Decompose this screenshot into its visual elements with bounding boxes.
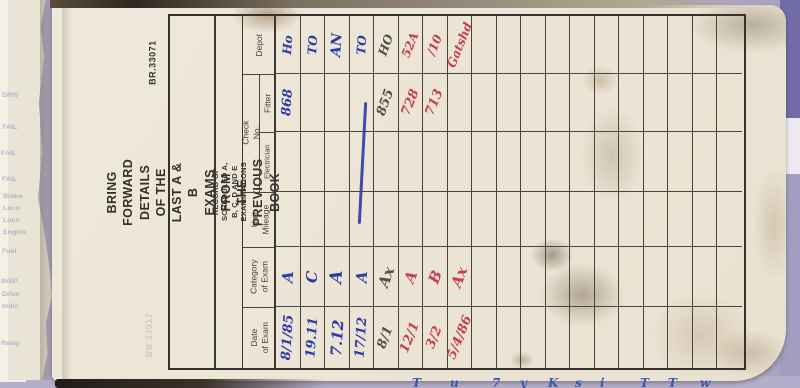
table-cell-category xyxy=(497,247,522,307)
table-cell-mileage xyxy=(448,192,473,247)
table-cell-mileage xyxy=(276,192,301,247)
underlying-page-handwriting: 7 xyxy=(492,376,500,388)
table-cell-depot xyxy=(472,16,497,74)
data-grid: Ho868A8/1/85TOC19.11ANA7.12TOA17/12HO855… xyxy=(276,16,742,368)
handwritten-category: Ax xyxy=(374,264,398,290)
table-cell-mileage xyxy=(350,192,375,247)
table-cell-depot: HO xyxy=(374,16,399,74)
table-cell-date: 8/1/85 xyxy=(276,307,301,368)
handwritten-category: C xyxy=(303,270,322,283)
handwritten-category: A xyxy=(400,268,421,286)
table-cell-electrician xyxy=(423,132,448,192)
table-cell-fitter xyxy=(301,74,326,132)
table-cell-depot xyxy=(644,16,669,74)
handwritten-depot: 52A xyxy=(399,30,422,59)
table-cell-mileage xyxy=(423,192,448,247)
table-cell-depot: AN xyxy=(325,16,350,74)
table-cell-date: 5/4/86 xyxy=(448,307,473,368)
header-electrician: Electrician xyxy=(263,145,272,180)
title-band: BRING FORWARD DETAILS OF THE LAST A & B … xyxy=(170,16,216,368)
table-cell-category: A xyxy=(399,247,424,307)
bottom-edge-shadow xyxy=(55,379,325,388)
table-cell-date: 17/12 xyxy=(350,307,375,368)
table-cell-category: B xyxy=(423,247,448,307)
table-cell-electrician xyxy=(619,132,644,192)
table-cell-electrician xyxy=(448,132,473,192)
table-cell-electrician xyxy=(595,132,620,192)
handwritten-fitter: 868 xyxy=(279,88,296,116)
table-cell-depot: TO xyxy=(301,16,326,74)
header-category: Category of Exam xyxy=(249,260,270,295)
bleed-through-text: FAIL xyxy=(1,150,16,156)
handwritten-category: B xyxy=(424,267,445,286)
handwritten-category: A xyxy=(278,270,297,283)
table-cell-date: 12/1 xyxy=(399,307,424,368)
table-cell-electrician xyxy=(521,132,546,192)
bleed-through-text: Loco xyxy=(3,217,20,223)
bleed-through-text: FAIL xyxy=(2,124,17,130)
table-cell-date xyxy=(570,307,595,368)
underlying-page-handwriting: u xyxy=(450,376,459,388)
table-cell-electrician xyxy=(693,132,718,192)
header-fitter: Fitter xyxy=(262,93,273,112)
handwritten-date: 8/1 xyxy=(375,324,397,351)
table-cell-mileage xyxy=(570,192,595,247)
table-cell-fitter xyxy=(497,74,522,132)
table-cell-fitter xyxy=(693,74,718,132)
table-cell-depot: TO xyxy=(350,16,375,74)
handwritten-date: 17/12 xyxy=(352,317,370,359)
table-cell-fitter: 868 xyxy=(276,74,301,132)
table-cell-depot xyxy=(668,16,693,74)
table-cell-category xyxy=(521,247,546,307)
table-cell-category xyxy=(693,247,718,307)
table-cell-category: A xyxy=(325,247,350,307)
underlying-page-handwriting: w xyxy=(700,376,710,388)
table-cell-depot xyxy=(546,16,571,74)
table-cell-mileage xyxy=(521,192,546,247)
table-cell-fitter xyxy=(325,74,350,132)
table-cell-electrician xyxy=(301,132,326,192)
table-cell-depot xyxy=(717,16,742,74)
table-cell-date: 7.12 xyxy=(325,307,350,368)
table-cell-category: A xyxy=(276,247,301,307)
underlying-page-handwriting: i xyxy=(600,376,605,388)
table-cell-date xyxy=(668,307,693,368)
table-cell-fitter xyxy=(448,74,473,132)
table-cell-mileage xyxy=(301,192,326,247)
table-cell-category xyxy=(644,247,669,307)
handwritten-depot: AN xyxy=(328,32,346,57)
table-cell-electrician xyxy=(570,132,595,192)
bleed-through-text: Engine xyxy=(3,229,26,235)
table-cell-fitter: 713 xyxy=(423,74,448,132)
table-cell-electrician xyxy=(668,132,693,192)
handwritten-depot: TO xyxy=(305,34,320,54)
table-cell-date xyxy=(472,307,497,368)
form-number-text: BR.33071 xyxy=(147,41,158,86)
table-cell-fitter xyxy=(668,74,693,132)
table-cell-depot xyxy=(570,16,595,74)
table-cell-electrician xyxy=(546,132,571,192)
book-top-edge xyxy=(50,0,750,8)
handwritten-fitter: 728 xyxy=(398,87,422,118)
bleed-through-text: Indic xyxy=(2,303,18,309)
table-cell-date xyxy=(497,307,522,368)
bleed-through-text: Brake xyxy=(3,193,22,199)
table-cell-date: 19.11 xyxy=(301,307,326,368)
table-cell-category xyxy=(668,247,693,307)
table-cell-fitter xyxy=(644,74,669,132)
table-cell-fitter xyxy=(619,74,644,132)
table-cell-fitter: 855 xyxy=(374,74,399,132)
header-unit-mileage: Unit Mileage xyxy=(249,205,270,235)
handwritten-depot: TO xyxy=(354,34,369,54)
table-cell-mileage xyxy=(595,192,620,247)
table-cell-mileage xyxy=(325,192,350,247)
table-cell-fitter: 728 xyxy=(399,74,424,132)
table-cell-depot xyxy=(619,16,644,74)
table-cell-category xyxy=(546,247,571,307)
table-cell-mileage xyxy=(717,192,742,247)
handwritten-category: Ax xyxy=(447,264,471,290)
table-cell-date xyxy=(717,307,742,368)
table-cell-electrician xyxy=(717,132,742,192)
handwritten-fitter: 713 xyxy=(423,87,447,118)
underlying-page-handwriting: y xyxy=(520,376,527,388)
table-cell-date: 8/1 xyxy=(374,307,399,368)
table-cell-mileage xyxy=(497,192,522,247)
table-cell-electrician xyxy=(276,132,301,192)
exam-record-table: BRING FORWARD DETAILS OF THE LAST A & B … xyxy=(168,14,746,370)
table-cell-mileage xyxy=(644,192,669,247)
handwritten-depot: Ho xyxy=(280,34,295,54)
handwritten-date: 3/2 xyxy=(424,324,446,351)
bleed-through-text: Loco xyxy=(3,205,20,211)
table-cell-date xyxy=(693,307,718,368)
table-cell-category xyxy=(472,247,497,307)
bleed-through-text: FAIL xyxy=(2,176,17,182)
table-cell-category: Ax xyxy=(374,247,399,307)
bleed-through-text: INSP xyxy=(1,278,17,284)
table-cell-category xyxy=(595,247,620,307)
table-cell-fitter xyxy=(570,74,595,132)
underlying-page-handwriting: T xyxy=(668,376,677,388)
header-date: Date of Exam xyxy=(249,322,270,353)
table-cell-fitter xyxy=(546,74,571,132)
table-cell-mileage xyxy=(472,192,497,247)
table-cell-mileage xyxy=(693,192,718,247)
table-cell-category xyxy=(619,247,644,307)
handwritten-date: 7.12 xyxy=(327,319,348,357)
table-cell-mileage xyxy=(668,192,693,247)
table-cell-depot: Gatshd xyxy=(448,16,473,74)
table-cell-depot xyxy=(595,16,620,74)
handwritten-date: 8/1/85 xyxy=(279,314,297,361)
underlying-page-handwriting: s xyxy=(575,376,582,388)
handwritten-depot: /10 xyxy=(424,32,445,57)
table-cell-mileage xyxy=(546,192,571,247)
table-cell-date xyxy=(595,307,620,368)
column-header-band: Depot Check No. Fitter Electrician Unit … xyxy=(243,16,276,368)
form-number: BR.33071 xyxy=(143,28,163,98)
table-cell-date xyxy=(619,307,644,368)
table-cell-category xyxy=(570,247,595,307)
table-cell-depot: 52A xyxy=(399,16,424,74)
handwritten-category: A xyxy=(352,270,371,283)
table-cell-electrician xyxy=(374,132,399,192)
table-cell-category: A xyxy=(350,247,375,307)
table-cell-fitter xyxy=(595,74,620,132)
table-cell-date xyxy=(521,307,546,368)
table-cell-category: C xyxy=(301,247,326,307)
underlying-page-handwriting: T xyxy=(412,376,421,388)
handwritten-date: 12/1 xyxy=(397,320,423,355)
table-cell-electrician xyxy=(399,132,424,192)
table-cell-category xyxy=(717,247,742,307)
bleed-through-text: Fuel xyxy=(2,248,16,254)
form-number-ghost-text: BR.33071 xyxy=(143,313,153,358)
table-cell-category: Ax xyxy=(448,247,473,307)
table-cell-electrician xyxy=(472,132,497,192)
table-cell-fitter xyxy=(472,74,497,132)
table-cell-depot xyxy=(521,16,546,74)
table-cell-date xyxy=(644,307,669,368)
data-area: Ho868A8/1/85TOC19.11ANA7.12TOA17/12HO855… xyxy=(276,16,742,368)
table-cell-electrician xyxy=(644,132,669,192)
table-cell-electrician xyxy=(325,132,350,192)
photographed-exam-record-page: BR.33071 BR.33071 BRING FORWARD DETAILS … xyxy=(0,0,800,388)
handwritten-date: 5/4/86 xyxy=(444,314,475,362)
form-number-ghost: BR.33071 xyxy=(138,300,158,370)
table-cell-mileage xyxy=(374,192,399,247)
table-cell-mileage xyxy=(399,192,424,247)
header-depot: Depot xyxy=(254,34,265,57)
table-cell-date: 3/2 xyxy=(423,307,448,368)
book-edge-sticker xyxy=(784,118,800,174)
handwritten-date: 19.11 xyxy=(303,317,321,359)
handwritten-category: A xyxy=(326,269,347,284)
table-cell-depot xyxy=(693,16,718,74)
table-cell-mileage xyxy=(619,192,644,247)
bleed-through-text: Relay xyxy=(1,340,20,346)
underlying-page-handwriting: K xyxy=(548,376,558,388)
underlying-page-handwriting: T xyxy=(640,376,649,388)
table-cell-fitter xyxy=(717,74,742,132)
table-cell-depot: Ho xyxy=(276,16,301,74)
bleed-through-text: Drive xyxy=(2,291,20,297)
handwritten-depot: HO xyxy=(376,32,397,57)
subtitle-band: RECORD OF SCHEDULED A, B, C, D AND E EXA… xyxy=(216,16,243,368)
table-cell-fitter xyxy=(350,74,375,132)
table-cell-depot: /10 xyxy=(423,16,448,74)
table-cell-fitter xyxy=(521,74,546,132)
handwritten-fitter: 855 xyxy=(374,87,397,118)
table-cell-depot xyxy=(497,16,522,74)
handwritten-depot: Gatshd xyxy=(444,20,475,69)
table-cell-date xyxy=(546,307,571,368)
bleed-through-text: DRIV xyxy=(2,92,19,98)
table-cell-electrician xyxy=(497,132,522,192)
